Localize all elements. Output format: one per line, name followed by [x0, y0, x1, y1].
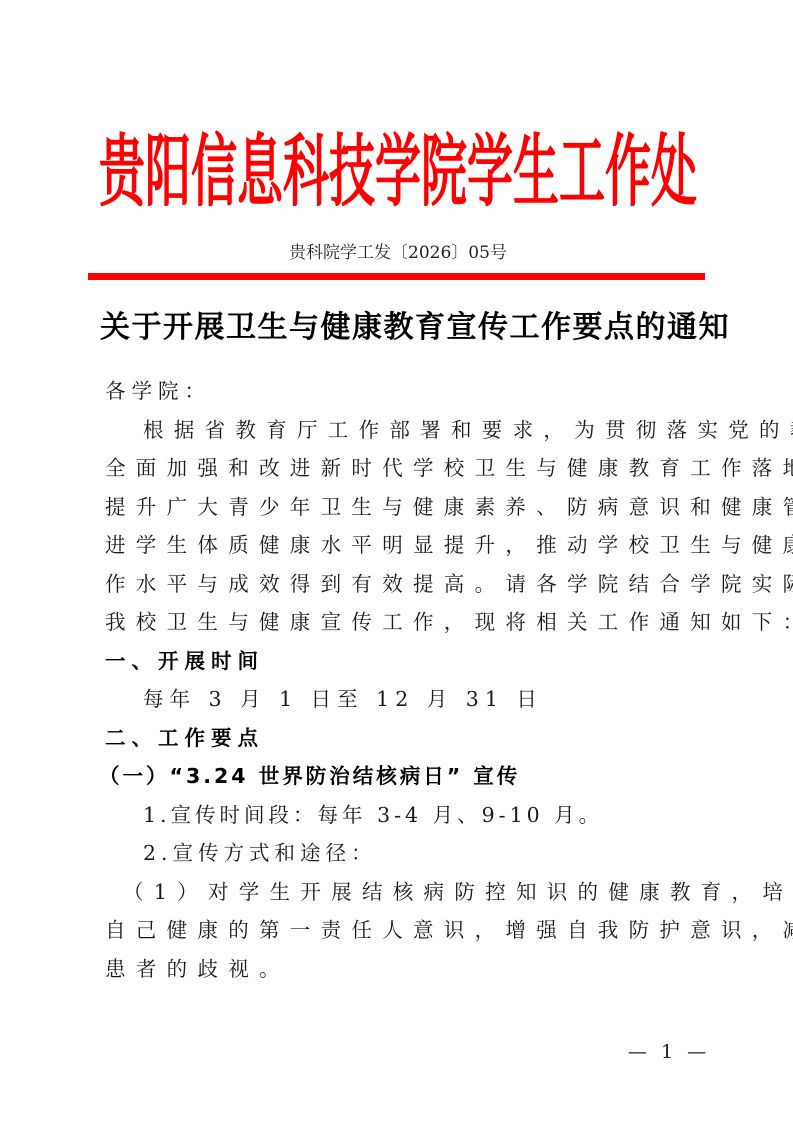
timing-text: 每年 3 月 1 日至 12 月 31 日 [105, 680, 697, 719]
red-divider-line [88, 273, 705, 280]
item-methods: 2.宣传方式和途径： [105, 834, 697, 873]
document-number: 贵科院学工发〔2026〕05号 [88, 243, 708, 263]
subsection-heading-tb-day: （一）“3.24 世界防治结核病日” 宣传 [99, 757, 697, 796]
page-number: — 1 — [628, 1041, 710, 1063]
document-page: 贵阳信息科技学院学生工作处 贵科院学工发〔2026〕05号 关于开展卫生与健康教… [0, 0, 793, 1122]
paragraph-line: 患者的歧视。 [105, 950, 697, 989]
organization-header: 贵阳信息科技学院学生工作处 [88, 132, 708, 210]
paragraph-line: （1）对学生开展结核病防控知识的健康教育，培养学生做 [105, 873, 697, 912]
intro-line: 全面加强和改进新时代学校卫生与健康教育工作落地落实，不断 [105, 449, 697, 488]
notice-body: 各学院： 根据省教育厅工作部署和要求，为贯彻落实党的教育方针， 全面加强和改进新… [105, 372, 697, 988]
notice-title: 关于开展卫生与健康教育宣传工作要点的通知 [100, 311, 700, 345]
intro-line: 作水平与成效得到有效提高。请各学院结合学院实际，认真开展 [105, 565, 697, 604]
intro-line: 进学生体质健康水平明显提升，推动学校卫生与健康教育宣传工 [105, 526, 697, 565]
intro-line: 我校卫生与健康宣传工作，现将相关工作通知如下： [105, 603, 697, 642]
intro-line: 根据省教育厅工作部署和要求，为贯彻落实党的教育方针， [105, 411, 697, 450]
salutation: 各学院： [105, 372, 697, 411]
intro-line: 提升广大青少年卫生与健康素养、防病意识和健康管理能力，促 [105, 488, 697, 527]
organization-name: 贵阳信息科技学院学生工作处 [99, 125, 697, 217]
item-period: 1.宣传时间段：每年 3-4 月、9-10 月。 [105, 796, 697, 835]
section-heading-timing: 一、开展时间 [105, 642, 697, 681]
paragraph-line: 自己健康的第一责任人意识，增强自我防护意识，减少对结核病 [105, 911, 697, 950]
section-heading-key-points: 二、工作要点 [105, 719, 697, 758]
